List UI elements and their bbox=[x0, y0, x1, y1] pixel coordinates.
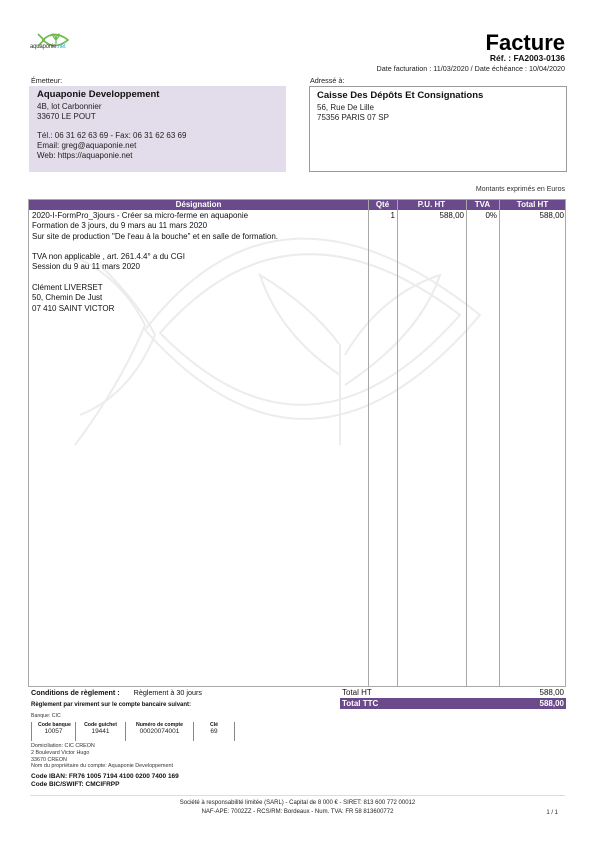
table-row-qty: 1 bbox=[368, 211, 395, 221]
company-logo-fish-icon bbox=[30, 30, 80, 54]
key-value: 69 bbox=[200, 728, 228, 735]
table-row-total-ht: 588,00 bbox=[499, 211, 564, 221]
emitter-email: Email: greg@aquaponie.net bbox=[37, 141, 278, 151]
footer-divider bbox=[30, 795, 565, 796]
currency-note: Montants exprimés en Euros bbox=[476, 186, 565, 193]
bank-code-value: 10057 bbox=[38, 728, 69, 735]
designation-line bbox=[32, 242, 367, 252]
recipient-address-line: 56, Rue De Lille bbox=[317, 103, 559, 113]
recipient-box: Caisse Des Dépôts Et Consignations 56, R… bbox=[309, 86, 567, 172]
designation-line: Formation de 3 jours, du 9 mars au 11 ma… bbox=[32, 221, 367, 231]
key-column: Clé 69 bbox=[193, 722, 235, 741]
designation-line: TVA non applicable , art. 261.4.4° a du … bbox=[32, 252, 367, 262]
emitter-address-line: 33670 LE POUT bbox=[37, 112, 278, 122]
footer-line: NAF-APE: 7002ZZ - RCS/RM: Bordeaux - Num… bbox=[0, 808, 595, 817]
bank-transfer-text: Règlement par virement sur le compte ban… bbox=[31, 702, 191, 708]
recipient-label: Adressé à: bbox=[310, 76, 344, 85]
recipient-name: Caisse Des Dépôts Et Consignations bbox=[317, 90, 559, 101]
total-ht-row: Total HT 588,00 bbox=[340, 688, 566, 698]
designation-line: Session du 9 au 11 mars 2020 bbox=[32, 262, 367, 272]
account-number-value: 00020074001 bbox=[132, 728, 187, 735]
designation-line bbox=[32, 273, 367, 283]
column-header-vat: TVA bbox=[466, 200, 499, 210]
designation-line: 07 410 SAINT VICTOR bbox=[32, 304, 367, 314]
branch-code-value: 19441 bbox=[82, 728, 119, 735]
designation-line: 50, Chemin De Just bbox=[32, 293, 367, 303]
domiciliation-line: 33670 CREON bbox=[31, 757, 173, 764]
payment-conditions: Conditions de règlement : Règlement à 30… bbox=[31, 688, 202, 697]
iban: Code IBAN: FR76 1005 7194 4100 0200 7400… bbox=[31, 773, 179, 781]
emitter-web: Web: https://aquaponie.net bbox=[37, 151, 278, 161]
designation-line: Sur site de production "De l'eau à la bo… bbox=[32, 232, 367, 242]
table-row-designation: 2020-I-FormPro_3jours - Créer sa micro-f… bbox=[32, 211, 367, 314]
emitter-phone-fax: Tél.: 06 31 62 63 69 - Fax: 06 31 62 63 … bbox=[37, 131, 278, 141]
table-row-vat: 0% bbox=[466, 211, 497, 221]
column-header-total-ht: Total HT bbox=[499, 200, 566, 210]
domiciliation-line: Domiciliation: CIC CREON bbox=[31, 743, 173, 750]
designation-line: Clément LIVERSET bbox=[32, 283, 367, 293]
bank-codes: Code IBAN: FR76 1005 7194 4100 0200 7400… bbox=[31, 773, 179, 789]
bank-details-table: Code banque 10057 Code guichet 19441 Num… bbox=[31, 722, 235, 741]
total-ttc-value: 588,00 bbox=[540, 698, 564, 709]
emitter-box: Aquaponie Developpement 4B, lot Carbonni… bbox=[29, 86, 286, 172]
domiciliation-line: 2 Boulevard Victor Hugo bbox=[31, 750, 173, 757]
column-header-qty: Qté bbox=[368, 200, 397, 210]
payment-conditions-label: Conditions de règlement : bbox=[31, 688, 120, 697]
page-number: 1 / 1 bbox=[546, 810, 558, 816]
domiciliation-line: Nom du propriétaire du compte: Aquaponie… bbox=[31, 763, 173, 770]
table-header: Désignation Qté P.U. HT TVA Total HT bbox=[29, 200, 565, 210]
table-row-unit-price: 588,00 bbox=[397, 211, 464, 221]
bank-domiciliation: Domiciliation: CIC CREON 2 Boulevard Vic… bbox=[31, 743, 173, 770]
bank-name: Banque: CIC bbox=[31, 713, 61, 719]
total-ht-label: Total HT bbox=[342, 688, 372, 698]
items-table: Désignation Qté P.U. HT TVA Total HT 202… bbox=[28, 199, 566, 687]
payment-conditions-value: Règlement à 30 jours bbox=[134, 688, 202, 697]
total-ht-value: 588,00 bbox=[540, 688, 564, 698]
emitter-name: Aquaponie Developpement bbox=[37, 89, 278, 100]
account-number-column: Numéro de compte 00020074001 bbox=[125, 722, 193, 741]
emitter-address-line: 4B, lot Carbonnier bbox=[37, 102, 278, 112]
footer-line: Société à responsabilité limitée (SARL) … bbox=[0, 799, 595, 808]
invoice-dates: Date facturation : 11/03/2020 / Date éch… bbox=[377, 64, 565, 73]
total-ttc-label: Total TTC bbox=[342, 698, 378, 709]
emitter-label: Émetteur: bbox=[31, 76, 62, 85]
logo-text: aquaponie.net bbox=[30, 44, 65, 50]
branch-code-column: Code guichet 19441 bbox=[75, 722, 125, 741]
designation-line: 2020-I-FormPro_3jours - Créer sa micro-f… bbox=[32, 211, 367, 221]
legal-footer: Société à responsabilité limitée (SARL) … bbox=[0, 799, 595, 816]
bic-swift: Code BIC/SWIFT: CMCIFRPP bbox=[31, 781, 179, 789]
column-header-unit-price: P.U. HT bbox=[397, 200, 466, 210]
column-header-designation: Désignation bbox=[29, 200, 368, 210]
recipient-address-line: 75356 PARIS 07 SP bbox=[317, 113, 559, 123]
invoice-reference: Réf. : FA2003-0136 bbox=[490, 53, 565, 63]
total-ttc-row: Total TTC 588,00 bbox=[340, 698, 566, 709]
bank-code-column: Code banque 10057 bbox=[31, 722, 75, 741]
